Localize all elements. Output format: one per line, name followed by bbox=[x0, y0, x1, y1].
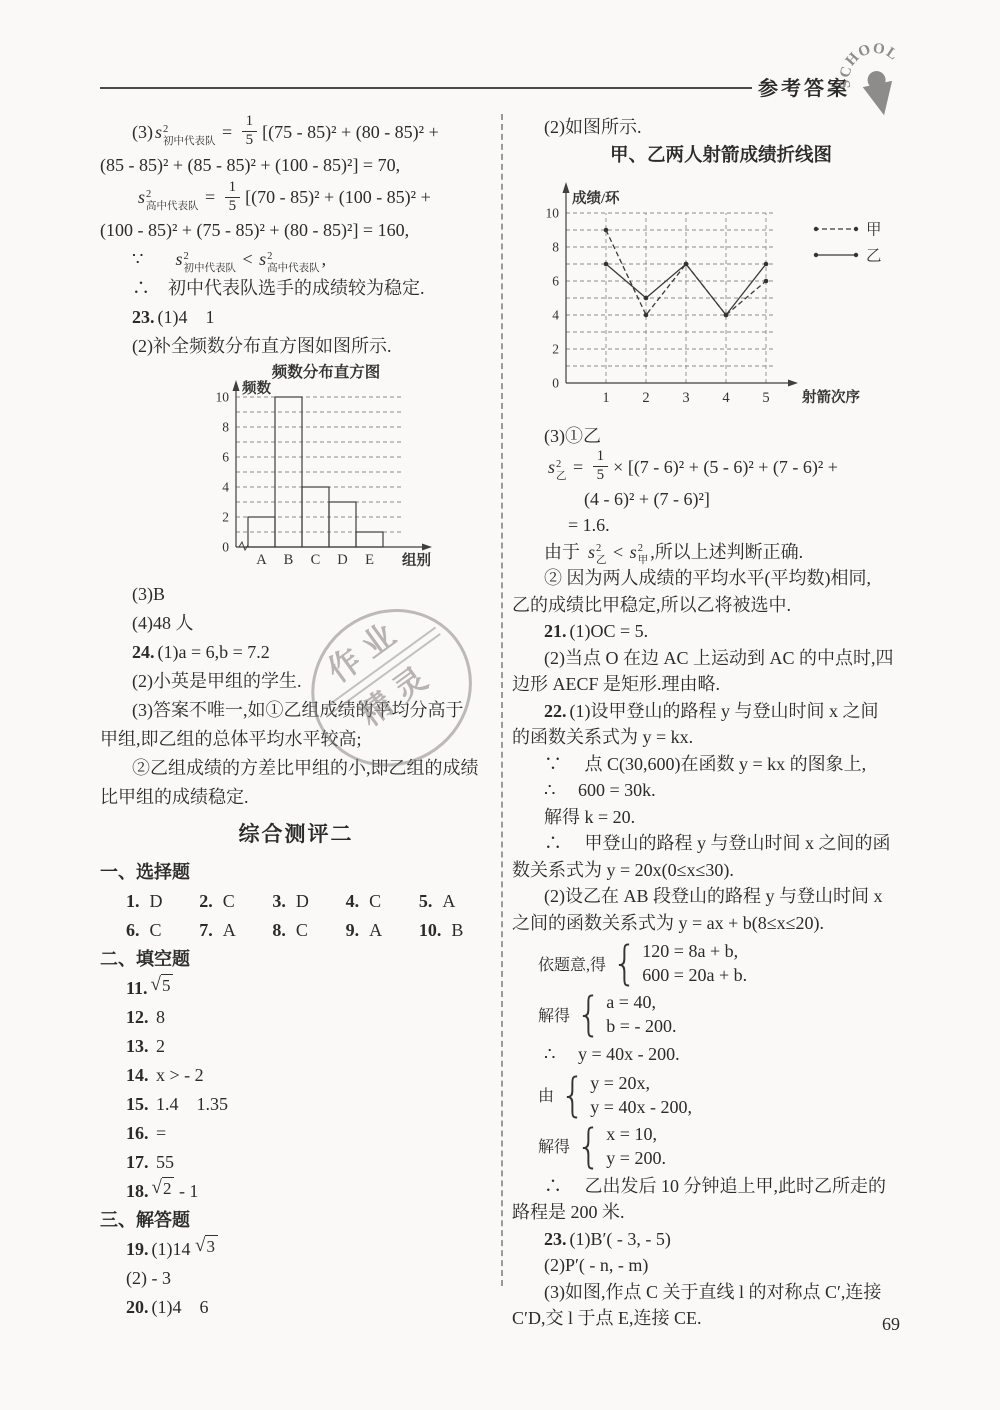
s2-senior-var: s2高中代表队 bbox=[138, 183, 199, 212]
fill-answer-17: 17. 55 bbox=[100, 1148, 492, 1177]
formula-variance-junior: (3)s2初中代表队 = 15[(75 - 85)² + (80 - 85)² … bbox=[100, 114, 492, 151]
answer-20-part2-intro: (2)如图所示. bbox=[512, 114, 982, 141]
formula-line: (85 - 85)² + (85 - 85)² + (100 - 85)²] =… bbox=[100, 151, 492, 180]
answer-24-part1: 24.(1)a = 6,b = 7.2 bbox=[100, 638, 492, 667]
fraction-1-5: 15 bbox=[225, 179, 241, 216]
svg-text:频数分布直方图: 频数分布直方图 bbox=[272, 363, 381, 381]
svg-text:组别: 组别 bbox=[402, 551, 431, 569]
formula-variance-senior: s2高中代表队 = 15[(70 - 85)² + (100 - 85)² + bbox=[100, 180, 492, 217]
answer-23-part1: 23.(1)4 1 bbox=[100, 303, 492, 332]
choice-answer: 9.A bbox=[346, 916, 419, 945]
fraction-1-5: 15 bbox=[593, 448, 609, 485]
frequency-histogram: 0246810ABCDE组别频数频数分布直方图 bbox=[188, 363, 492, 578]
svg-text:射箭次序: 射箭次序 bbox=[802, 388, 860, 406]
svg-text:E: E bbox=[365, 552, 374, 568]
svg-text:6: 6 bbox=[222, 450, 229, 465]
svg-text:乙: 乙 bbox=[866, 247, 882, 264]
because-point-line: ∵ 点 C(30,600)在函数 y = kx 的图象上, bbox=[512, 751, 982, 778]
s2-yi-var: s2乙 bbox=[548, 454, 567, 481]
svg-text:10: 10 bbox=[546, 205, 560, 220]
svg-text:5: 5 bbox=[762, 390, 769, 406]
histogram-svg: 0246810ABCDE组别频数频数分布直方图 bbox=[188, 363, 458, 578]
page-number: 69 bbox=[882, 1314, 900, 1335]
fill-answer-16: 16. = bbox=[100, 1119, 492, 1148]
answer-page: 参考答案 SCHOOL (3)s2初中代表队 = 15[(75 - 85)² +… bbox=[0, 0, 1000, 1410]
because-comparison-line: ∵s2初中代表队 < s2高中代表队, bbox=[100, 245, 492, 274]
answer-22-part1-line1: 22.(1)设甲登山的路程 y 与登山时间 x 之间 bbox=[512, 698, 982, 725]
svg-text:4: 4 bbox=[222, 480, 229, 495]
formula-line: (100 - 85)² + (75 - 85)² + (80 - 85)²] =… bbox=[100, 216, 492, 245]
section-solution-questions: 三、解答题 bbox=[100, 1206, 492, 1235]
answer-22-conclusion-line2: 路程是 200 米. bbox=[512, 1199, 982, 1226]
answer-21-part2-line2: 边形 AECF 是矩形.理由略. bbox=[512, 671, 982, 698]
answer-19-part1: 19.(1)14 √3 bbox=[100, 1235, 492, 1264]
choice-answer: 5.A bbox=[419, 887, 492, 916]
sqrt-expression: √5 bbox=[151, 974, 174, 996]
choice-answer: 3.D bbox=[272, 887, 345, 916]
answer-24-part3-line2: 甲组,即乙组的总体平均水平较高; bbox=[100, 725, 492, 754]
answer-20-part3-label: (3)①乙 bbox=[512, 423, 982, 450]
therefore-y-line: ∴ y = 40x - 200. bbox=[512, 1041, 982, 1068]
svg-text:3: 3 bbox=[682, 390, 689, 406]
therefore-conclusion-line: ∴ 初中代表队选手的成绩较为稳定. bbox=[100, 274, 492, 303]
choice-answer: 4.C bbox=[346, 887, 419, 916]
svg-text:成绩/环: 成绩/环 bbox=[572, 189, 620, 207]
svg-text:2: 2 bbox=[552, 341, 559, 356]
svg-text:4: 4 bbox=[722, 390, 730, 406]
svg-text:10: 10 bbox=[216, 390, 230, 405]
right-column: (2)如图所示. 甲、乙两人射箭成绩折线图 024681012345成绩/环射箭… bbox=[512, 114, 982, 1332]
answer-24-part2: (2)小英是甲组的学生. bbox=[100, 667, 492, 696]
therefore-equation-line: ∴ 600 = 30k. bbox=[512, 777, 982, 804]
choice-answer: 2.C bbox=[199, 887, 272, 916]
svg-text:B: B bbox=[284, 552, 294, 568]
svg-text:8: 8 bbox=[222, 420, 229, 435]
section-heading-test2: 综合测评二 bbox=[100, 816, 492, 852]
answer-23b-part2: (2)P′( - n, - m) bbox=[512, 1252, 982, 1279]
brace-icon: { bbox=[576, 991, 601, 1037]
fraction-1-5: 15 bbox=[242, 113, 258, 150]
formula-variance-yi: s2乙 = 15× [(7 - 6)² + (5 - 6)² + (7 - 6)… bbox=[512, 449, 982, 486]
formula-result: = 1.6. bbox=[512, 512, 982, 539]
answer-23b-part3-line2: C′D,交 l 于点 E,连接 CE. bbox=[512, 1305, 982, 1332]
line-chart-svg: 024681012345成绩/环射箭次序甲乙 bbox=[514, 171, 944, 421]
answer-20-reason-line1: ② 因为两人成绩的平均水平(平均数)相同, bbox=[512, 565, 982, 592]
radical-icon: √ bbox=[151, 975, 161, 994]
line-chart-title: 甲、乙两人射箭成绩折线图 bbox=[536, 141, 906, 171]
comparison-conclusion-line: 由于s2乙 < s2甲,所以上述判断正确. bbox=[512, 539, 982, 566]
answer-24-part3-line4: 比甲组的成绩稳定. bbox=[100, 783, 492, 812]
svg-text:6: 6 bbox=[552, 273, 559, 288]
fill-answer-14: 14. x > - 2 bbox=[100, 1061, 492, 1090]
sqrt-expression: √2 bbox=[152, 1177, 175, 1199]
sqrt-expression: √3 bbox=[195, 1235, 218, 1257]
section-fill-questions: 二、填空题 bbox=[100, 945, 492, 974]
archery-line-chart: 024681012345成绩/环射箭次序甲乙 bbox=[514, 171, 982, 421]
svg-text:1: 1 bbox=[602, 390, 609, 406]
formula-line: (4 - 6)² + (7 - 6)²] bbox=[512, 486, 982, 513]
answer-23b-part1: 23.(1)B′( - 3, - 5) bbox=[512, 1226, 982, 1253]
brace-icon: { bbox=[576, 1123, 601, 1169]
column-divider bbox=[501, 114, 503, 1286]
equation-system-3: 由{ y = 20x,y = 40x - 200, bbox=[538, 1071, 982, 1119]
equation-system-1: 依题意,得{ 120 = 8a + b,600 = 20a + b. bbox=[538, 939, 982, 987]
answer-22-part2-line1: (2)设乙在 AB 段登山的路程 y 与登山时间 x bbox=[512, 883, 982, 910]
solve-k-line: 解得 k = 20. bbox=[512, 804, 982, 831]
svg-text:2: 2 bbox=[642, 390, 649, 406]
answer-19-part2: (2) - 3 bbox=[100, 1264, 492, 1293]
brace-icon: { bbox=[560, 1072, 585, 1118]
answer-22-part2-line2: 之间的函数关系式为 y = ax + b(8≤x≤20). bbox=[512, 910, 982, 937]
header-rule bbox=[100, 87, 752, 89]
svg-text:甲: 甲 bbox=[866, 220, 882, 238]
fill-answer-15: 15. 1.4 1.35 bbox=[100, 1090, 492, 1119]
svg-text:2: 2 bbox=[222, 510, 229, 525]
answer-20-part1: 20.(1)4 6 bbox=[100, 1293, 492, 1322]
radical-icon: √ bbox=[152, 1178, 162, 1197]
answer-22-part1-line2: 的函数关系式为 y = kx. bbox=[512, 724, 982, 751]
answer-23-part4: (4)48 人 bbox=[100, 609, 492, 638]
brace-icon: { bbox=[612, 940, 637, 986]
therefore-function-line2: 数关系式为 y = 20x(0≤x≤30). bbox=[512, 857, 982, 884]
choice-answers-row2: 6.C 7.A 8.C 9.A 10.B bbox=[100, 916, 492, 945]
svg-text:0: 0 bbox=[552, 375, 559, 390]
choice-answer: 8.C bbox=[272, 916, 345, 945]
section-choice-questions: 一、选择题 bbox=[100, 858, 492, 887]
therefore-function-line1: ∴ 甲登山的路程 y 与登山时间 x 之间的函 bbox=[512, 830, 982, 857]
choice-answer: 7.A bbox=[199, 916, 272, 945]
answer-22-conclusion-line1: ∴ 乙出发后 10 分钟追上甲,此时乙所走的 bbox=[512, 1173, 982, 1200]
fill-answer-18: 18.√2 - 1 bbox=[100, 1177, 492, 1206]
svg-text:4: 4 bbox=[552, 307, 559, 322]
svg-text:8: 8 bbox=[552, 239, 559, 254]
fill-answer-12: 12. 8 bbox=[100, 1003, 492, 1032]
svg-text:C: C bbox=[311, 552, 321, 568]
answer-24-part3-line3: ②乙组成绩的方差比甲组的小,即乙组的成绩 bbox=[100, 754, 492, 783]
answer-23b-part3-line1: (3)如图,作点 C 关于直线 l 的对称点 C′,连接 bbox=[512, 1279, 982, 1306]
choice-answer: 6.C bbox=[126, 916, 199, 945]
svg-text:D: D bbox=[337, 552, 347, 568]
radical-icon: √ bbox=[195, 1236, 205, 1255]
svg-text:频数: 频数 bbox=[242, 379, 271, 397]
answer-23-part2-intro: (2)补全频数分布直方图如图所示. bbox=[100, 332, 492, 361]
s2-junior-var: s2初中代表队 bbox=[155, 118, 216, 147]
answer-21-part1: 21.(1)OC = 5. bbox=[512, 618, 982, 645]
fill-answer-11: 11.√5 bbox=[100, 974, 492, 1003]
svg-text:A: A bbox=[256, 552, 267, 568]
answer-24-part3-line1: (3)答案不唯一,如①乙组成绩的平均分高于 bbox=[100, 696, 492, 725]
equation-system-2: 解得{ a = 40,b = - 200. bbox=[538, 990, 982, 1038]
answer-20-reason-line2: 乙的成绩比甲稳定,所以乙将被选中. bbox=[512, 592, 982, 619]
fill-answer-13: 13. 2 bbox=[100, 1032, 492, 1061]
left-column: (3)s2初中代表队 = 15[(75 - 85)² + (80 - 85)² … bbox=[100, 114, 492, 1322]
choice-answer: 10.B bbox=[419, 916, 492, 945]
choice-answer: 1.D bbox=[126, 887, 199, 916]
answer-23-part3: (3)B bbox=[100, 580, 492, 609]
equation-system-4: 解得{ x = 10,y = 200. bbox=[538, 1122, 982, 1170]
choice-answers-row1: 1.D 2.C 3.D 4.C 5.A bbox=[100, 887, 492, 916]
answer-21-part2-line1: (2)当点 O 在边 AC 上运动到 AC 的中点时,四 bbox=[512, 645, 982, 672]
svg-text:0: 0 bbox=[222, 540, 229, 555]
